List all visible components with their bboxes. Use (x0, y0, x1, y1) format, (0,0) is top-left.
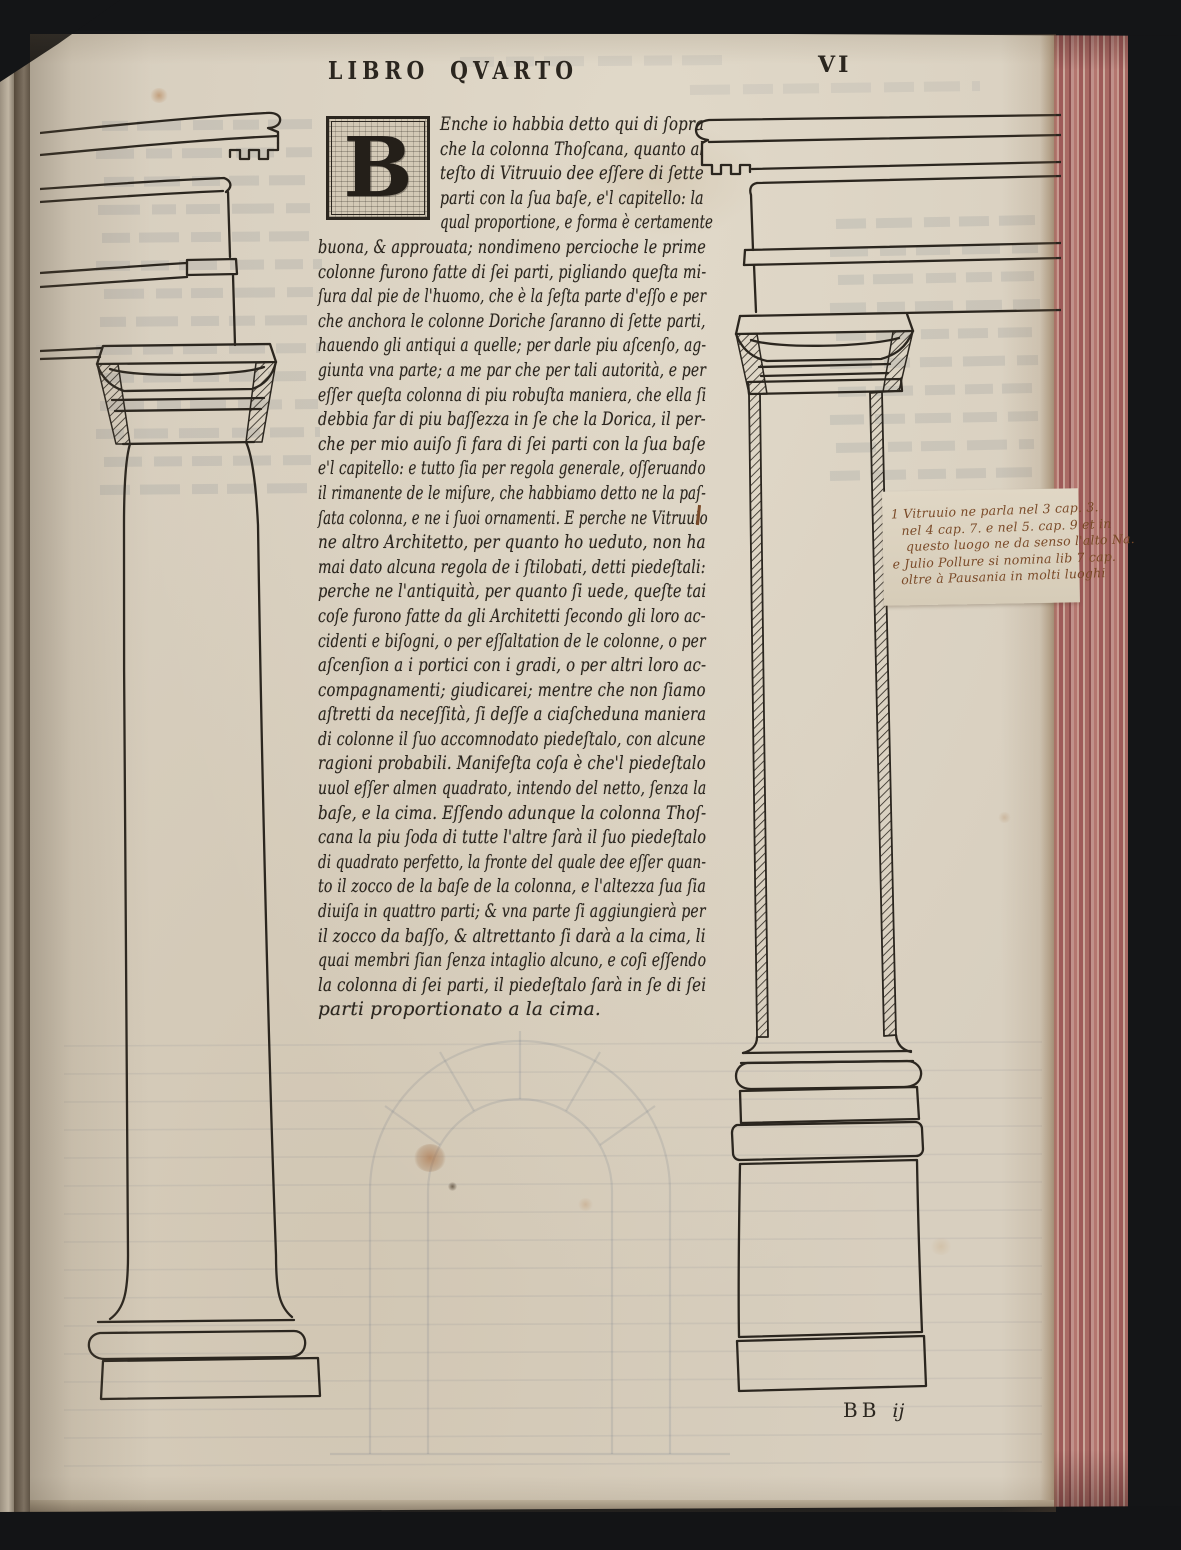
text-line: il zocco da baſſo, & altrettanto ſi darà… (318, 925, 706, 950)
text-line: to il zocco de la baſe de la colonna, e … (318, 875, 706, 900)
text-line: mai dato alcuna regola de i ſtilobati, d… (318, 556, 706, 581)
text-block-main: buona, & approuata; nondimeno percioche … (318, 236, 706, 1023)
text-line: ſura dal pie de l'huomo, che è la ſeſta … (318, 285, 706, 310)
text-line: che la colonna Thoſcana, quanto al (440, 138, 704, 163)
text-line: aſcenſion a i portici con i gradi, o per… (318, 654, 706, 679)
text-line: compagnamenti; giudicarei; mentre che no… (318, 679, 706, 704)
fore-edge-red-page-block (1054, 30, 1130, 1514)
text-line: ne altro Architetto, per quanto ho uedut… (318, 531, 706, 556)
text-line: baſe, e la cima. Eſſendo adunque la colo… (318, 802, 706, 827)
text-line: colonne furono fatte di ſei parti, pigli… (318, 261, 706, 286)
text-line: hauendo gli antiqui a quelle; per darle … (318, 334, 706, 359)
text-line: giunta vna parte; a me par che per tali … (318, 359, 706, 384)
text-line: cidenti e biſogni, o per eſſaltation de … (318, 630, 706, 655)
previous-page-edge (0, 40, 14, 1532)
running-header: LIBRO QVARTO (328, 56, 578, 88)
text-block-beside-initial: Enche io habbia detto qui di ſopra che l… (440, 113, 704, 236)
text-line: uuol eſſer almen quadrato, intendo del n… (318, 777, 706, 802)
text-line: ragioni probabili. Manifeſta coſa è che'… (318, 752, 706, 777)
text-line: aſtretti da neceſſità, ſi deſſe a ciaſch… (318, 703, 706, 728)
text-line: quai membri ſian ſenza intaglio alcuno, … (318, 949, 706, 974)
cover-bottom-edge (0, 1506, 1181, 1550)
text-line: coſe furono fatte da gli Architetti ſeco… (318, 605, 706, 630)
text-line: e'l capitello: e tutto ſia per regola ge… (318, 457, 706, 482)
decorated-initial-woodcut: B (326, 116, 430, 220)
cover-right-edge (1128, 0, 1181, 1550)
drop-cap-letter: B (343, 127, 412, 209)
book-title: LIBRO QVARTO (328, 56, 578, 85)
text-line: diuiſa in quattro parti; & vna parte ſi … (318, 900, 706, 925)
right-column-figure (693, 110, 1061, 1400)
text-line: Enche io habbia detto qui di ſopra (440, 113, 704, 138)
left-column-figure (40, 95, 325, 1405)
signature-numeral: ij (892, 1400, 904, 1422)
text-line: di quadrato perfetto, la fronte del qual… (318, 851, 706, 876)
text-line: qual proportione, e forma è certamente (440, 211, 704, 236)
text-line: buona, & approuata; nondimeno percioche … (318, 236, 706, 261)
handwritten-margin-note: 1 Vitruuio ne parla nel 3 cap. 3. nel 4 … (891, 500, 1094, 589)
cover-top-edge (0, 0, 1181, 36)
text-line: ſata colonna, e ne i ſuoi ornamenti. E p… (318, 507, 706, 532)
text-line: di colonne il ſuo accomnodato piedeſtalo… (318, 728, 706, 753)
decorated-initial-frame: B (331, 121, 425, 215)
folio-number: VI (818, 52, 851, 78)
text-line: teſto di Vitruuio dee eſſere di ſette (440, 162, 704, 187)
text-line: il rimanente de le miſure, che habbiamo … (318, 482, 706, 507)
text-line: eſſer queſta colonna di piu robuſta mani… (318, 384, 706, 409)
text-line: perche ne l'antiquità, per quanto ſi ued… (318, 580, 706, 605)
gathering-signature: BBij (843, 1398, 904, 1422)
text-line: parti con la ſua baſe, e'l capitello: la (440, 187, 704, 212)
text-line: la colonna di ſei parti, il piedeſtalo ſ… (318, 974, 706, 999)
text-line: parti proportionato a la cima. (318, 998, 706, 1023)
text-line: debbia far di piu baſſezza in ſe che la … (318, 408, 706, 433)
text-line: cana la piu ſoda di tutte l'altre ſarà i… (318, 826, 706, 851)
text-line: che per mio auiſo ſi fara di ſei parti c… (318, 433, 706, 458)
text-line: che anchora le colonne Doriche ſaranno d… (318, 310, 706, 335)
signature-letters: BB (843, 1398, 880, 1422)
bleedthrough-arch (330, 1031, 730, 1454)
